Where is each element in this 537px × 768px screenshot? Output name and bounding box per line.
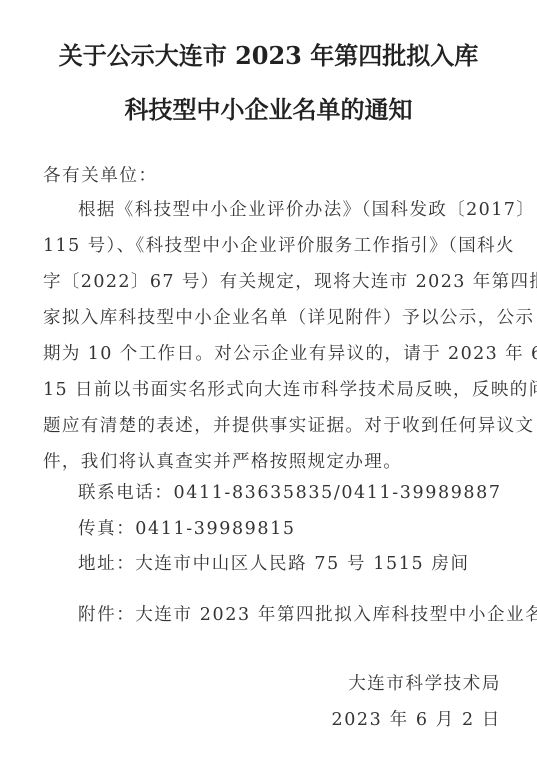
body-paragraph: 根据《科技型中小企业评价办法》（国科发政〔2017〕 115 号）、《科技型中小… xyxy=(43,192,493,480)
issue-date: 2023 年 6 月 2 日 xyxy=(331,706,501,731)
document-title-line-2: 科技型中小企业名单的通知 xyxy=(0,90,537,125)
body-line: 件，我们将认真查实并严格按照规定办理。 xyxy=(43,444,493,480)
contact-fax: 传真：0411-39989815 xyxy=(78,515,296,540)
body-line: 家拟入库科技型中小企业名单（详见附件）予以公示，公示 xyxy=(43,300,493,336)
body-line: 根据《科技型中小企业评价办法》（国科发政〔2017〕 xyxy=(43,192,493,228)
issuer-signature: 大连市科学技术局 xyxy=(348,670,501,695)
salutation: 各有关单位： xyxy=(43,162,158,187)
body-line: 期为 10 个工作日。对公示企业有异议的，请于 2023 年 6 月 xyxy=(43,336,493,372)
document-title-line-1: 关于公示大连市 2023 年第四批拟入库 xyxy=(0,36,537,71)
contact-address: 地址：大连市中山区人民路 75 号 1515 房间 xyxy=(78,550,470,575)
attachment-note: 附件：大连市 2023 年第四批拟入库科技型中小企业名单 xyxy=(78,601,537,626)
body-line: 15 日前以书面实名形式向大连市科学技术局反映，反映的问 xyxy=(43,372,493,408)
body-line: 题应有清楚的表述，并提供事实证据。对于收到任何异议文 xyxy=(43,408,493,444)
contact-phone: 联系电话：0411-83635835/0411-39989887 xyxy=(78,479,502,504)
body-line: 字〔2022〕67 号）有关规定，现将大连市 2023 年第四批 365 xyxy=(43,264,493,300)
body-line: 115 号）、《科技型中小企业评价服务工作指引》（国科火 xyxy=(43,228,493,264)
